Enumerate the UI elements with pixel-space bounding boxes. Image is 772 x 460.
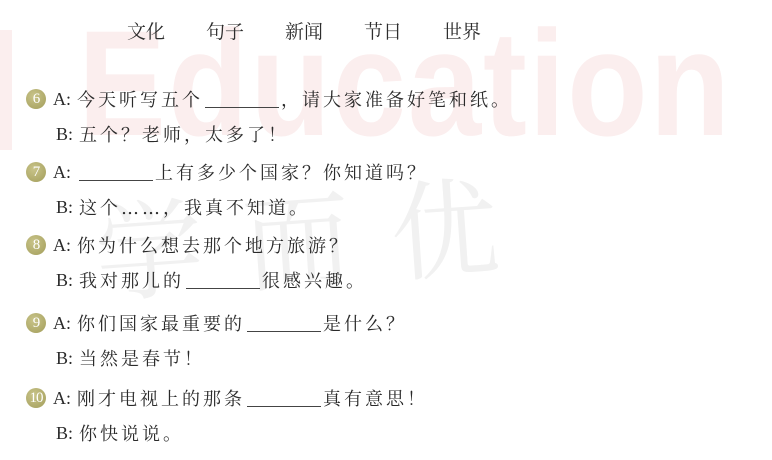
fill-in-blank[interactable]	[205, 91, 279, 108]
dialogue-text: 你快说说。	[79, 420, 184, 446]
word-bank-item: 新闻	[285, 17, 364, 44]
exercise-item-8: 8 A: 你为什么想去那个地方旅游？ B: 我对那儿的 很感兴趣。	[26, 230, 367, 295]
exercise-item-7: 7 A: 上有多少个国家？你知道吗？ B: 这个……，我真不知道。	[26, 157, 428, 222]
dialogue-text: 真有意思！	[323, 385, 428, 411]
dialogue-line-b: B: 这个……，我真不知道。	[26, 192, 428, 222]
word-bank-item: 世界	[443, 17, 522, 44]
fill-in-blank[interactable]	[186, 272, 260, 289]
dialogue-text: 我对那儿的	[79, 267, 184, 293]
dialogue-text: 很感兴趣。	[262, 267, 367, 293]
word-bank-item: 句子	[206, 17, 285, 44]
dialogue-text: 你们国家最重要的	[77, 310, 245, 336]
speaker-label: A:	[53, 89, 71, 110]
number-badge: 10	[26, 388, 46, 408]
speaker-label: B:	[56, 197, 73, 218]
exercise-item-10: 10 A: 刚才电视上的那条 真有意思！ B: 你快说说。	[26, 383, 428, 448]
exercise-item-9: 9 A: 你们国家最重要的 是什么？ B: 当然是春节！	[26, 308, 407, 373]
dialogue-text: 今天听写五个	[77, 86, 203, 112]
speaker-label: B:	[56, 270, 73, 291]
word-bank: 文化 句子 新闻 节日 世界	[127, 17, 522, 44]
dialogue-text: 五个？老师，太多了！	[79, 121, 289, 147]
dialogue-line-b: B: 我对那儿的 很感兴趣。	[26, 265, 367, 295]
dialogue-line-a: 10 A: 刚才电视上的那条 真有意思！	[26, 383, 428, 413]
dialogue-line-a: 6 A: 今天听写五个 ，请大家准备好笔和纸。	[26, 84, 512, 114]
speaker-label: A:	[53, 313, 71, 334]
dialogue-text: 刚才电视上的那条	[77, 385, 245, 411]
dialogue-line-b: B: 你快说说。	[26, 418, 428, 448]
speaker-label: A:	[53, 388, 71, 409]
dialogue-text: 这个……，我真不知道。	[79, 194, 310, 220]
dialogue-line-a: 8 A: 你为什么想去那个地方旅游？	[26, 230, 367, 260]
dialogue-line-a: 7 A: 上有多少个国家？你知道吗？	[26, 157, 428, 187]
dialogue-line-a: 9 A: 你们国家最重要的 是什么？	[26, 308, 407, 338]
dialogue-text: ，请大家准备好笔和纸。	[281, 86, 512, 112]
fill-in-blank[interactable]	[247, 315, 321, 332]
fill-in-blank[interactable]	[79, 164, 153, 181]
number-badge: 6	[26, 89, 46, 109]
dialogue-text: 当然是春节！	[79, 345, 205, 371]
number-badge: 9	[26, 313, 46, 333]
word-bank-item: 节日	[364, 17, 443, 44]
speaker-label: B:	[56, 348, 73, 369]
speaker-label: A:	[53, 162, 71, 183]
dialogue-text: 你为什么想去那个地方旅游？	[77, 232, 350, 258]
fill-in-blank[interactable]	[247, 390, 321, 407]
word-bank-item: 文化	[127, 17, 206, 44]
exercise-item-6: 6 A: 今天听写五个 ，请大家准备好笔和纸。 B: 五个？老师，太多了！	[26, 84, 512, 149]
watermark-edge	[0, 30, 12, 150]
dialogue-line-b: B: 五个？老师，太多了！	[26, 119, 512, 149]
dialogue-line-b: B: 当然是春节！	[26, 343, 407, 373]
number-badge: 8	[26, 235, 46, 255]
number-badge: 7	[26, 162, 46, 182]
dialogue-text: 是什么？	[323, 310, 407, 336]
speaker-label: B:	[56, 423, 73, 444]
dialogue-text: 上有多少个国家？你知道吗？	[155, 159, 428, 185]
speaker-label: A:	[53, 235, 71, 256]
speaker-label: B:	[56, 124, 73, 145]
